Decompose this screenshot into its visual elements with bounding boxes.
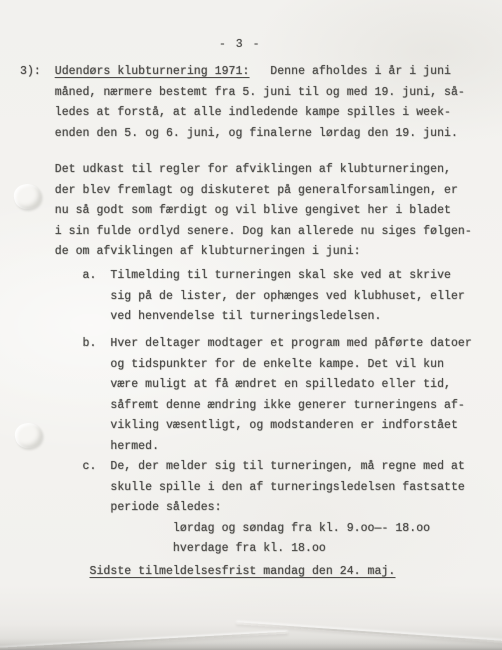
typed-line: enden den 5. og 6. juni, og finalerne lø… (20, 124, 465, 145)
typed-line: hverdage fra kl. 18.oo (20, 539, 465, 560)
typed-line: Det udkast til regler for afviklingen af… (20, 160, 472, 181)
typed-line: c. De, der melder sig til turneringen, m… (20, 457, 465, 478)
typed-line: ledes at forstå, at alle indledende kamp… (20, 103, 465, 124)
deadline-note: Sidste tilmeldelsesfrist mandag den 24. … (20, 562, 395, 583)
typed-line: der blev fremlagt og diskuteret på gener… (20, 181, 472, 202)
typed-line: Sidste tilmeldelsesfrist mandag den 24. … (20, 562, 395, 583)
typed-line: hermed. (20, 437, 472, 458)
typed-line: a. Tilmelding til turneringen skal ske v… (20, 266, 465, 287)
list-item-a: a. Tilmelding til turneringen skal ske v… (20, 266, 465, 328)
typed-line: b. Hver deltager modtager et program med… (20, 334, 472, 355)
typed-line: ved henvendelse til turneringsledelsen. (20, 307, 465, 328)
item-3-announcement: 3): Udendørs klubturnering 1971: Denne a… (20, 62, 465, 144)
typed-line: nu så godt som færdigt og vil blive geng… (20, 201, 472, 222)
typed-line: lørdag og søndag fra kl. 9.oo—- 18.oo (20, 519, 465, 540)
typed-line: skulle spille i den af turneringsledelse… (20, 478, 465, 499)
typed-line: og tidspunkter for de enkelte kampe. Det… (20, 355, 472, 376)
typed-line: de om afviklingen af klubturneringen i j… (20, 242, 472, 263)
typed-line: vikling væsentligt, og modstanderen er i… (20, 416, 472, 437)
page-bottom-shadow (0, 638, 502, 650)
typed-line: såfremt denne ændring ikke generer turne… (20, 396, 472, 417)
typed-line: 3): Udendørs klubturnering 1971: Denne a… (20, 62, 465, 83)
typed-line: periode således: (20, 498, 465, 519)
page-number: - 3 - (20, 38, 460, 51)
typed-line: måned, nærmere bestemt fra 5. juni til o… (20, 83, 465, 104)
list-item-c: c. De, der melder sig til turneringen, m… (20, 457, 465, 560)
scanned-typewritten-page: - 3 - 3): Udendørs klubturnering 1971: D… (0, 0, 502, 650)
typed-line: i sin fulde ordlyd senere. Dog kan aller… (20, 222, 472, 243)
list-item-b: b. Hver deltager modtager et program med… (20, 334, 472, 457)
typed-line: sig på de lister, der ophænges ved klubh… (20, 287, 465, 308)
typed-line: være muligt at få ændret en spilledato e… (20, 375, 472, 396)
paragraph-rules-draft: Det udkast til regler for afviklingen af… (20, 160, 472, 263)
